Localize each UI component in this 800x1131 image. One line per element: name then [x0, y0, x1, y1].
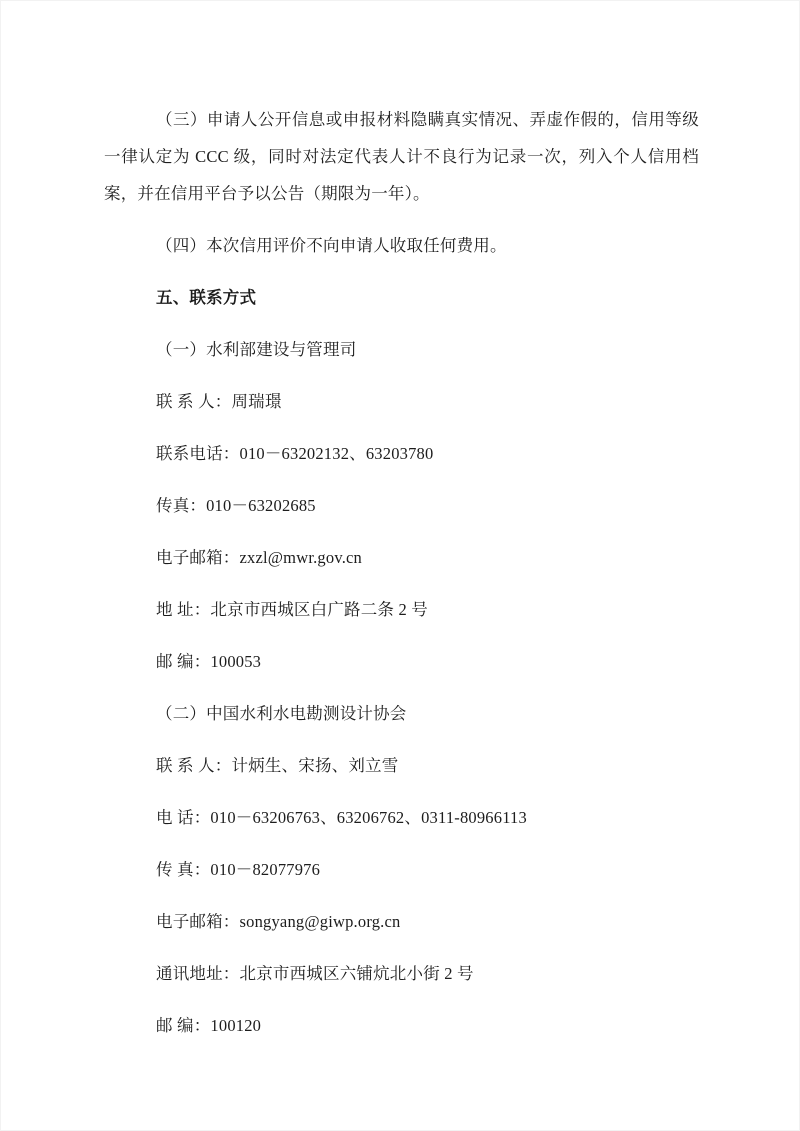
contact-email-mwr: 电子邮箱：zxzl@mwr.gov.cn — [104, 539, 699, 576]
contact-email-giwp: 电子邮箱：songyang@giwp.org.cn — [104, 903, 699, 940]
contact-fax-giwp: 传 真：010－82077976 — [104, 851, 699, 888]
document-page: （三）申请人公开信息或申报材料隐瞒真实情况、弄虚作假的，信用等级一律认定为 CC… — [0, 0, 800, 1131]
contact-phone-mwr: 联系电话：010－63202132、63203780 — [104, 435, 699, 472]
contact-phone-giwp: 电 话：010－63206763、63206762、0311-80966113 — [104, 799, 699, 836]
section-heading-contact-info: 五、联系方式 — [104, 279, 699, 316]
contact-postcode-mwr: 邮 编：100053 — [104, 643, 699, 680]
contact-address-giwp: 通讯地址：北京市西城区六铺炕北小街 2 号 — [104, 955, 699, 992]
paragraph-clause-four: （四）本次信用评价不向申请人收取任何费用。 — [104, 227, 699, 264]
subheading-org-mwr: （一）水利部建设与管理司 — [104, 331, 699, 368]
contact-person-giwp: 联 系 人：计炳生、宋扬、刘立雪 — [104, 747, 699, 784]
paragraph-clause-three: （三）申请人公开信息或申报材料隐瞒真实情况、弄虚作假的，信用等级一律认定为 CC… — [104, 101, 699, 212]
contact-person-mwr: 联 系 人：周瑞璟 — [104, 383, 699, 420]
subheading-org-giwp: （二）中国水利水电勘测设计协会 — [104, 695, 699, 732]
contact-fax-mwr: 传真：010－63202685 — [104, 487, 699, 524]
contact-address-mwr: 地 址：北京市西城区白广路二条 2 号 — [104, 591, 699, 628]
contact-postcode-giwp: 邮 编：100120 — [104, 1007, 699, 1044]
